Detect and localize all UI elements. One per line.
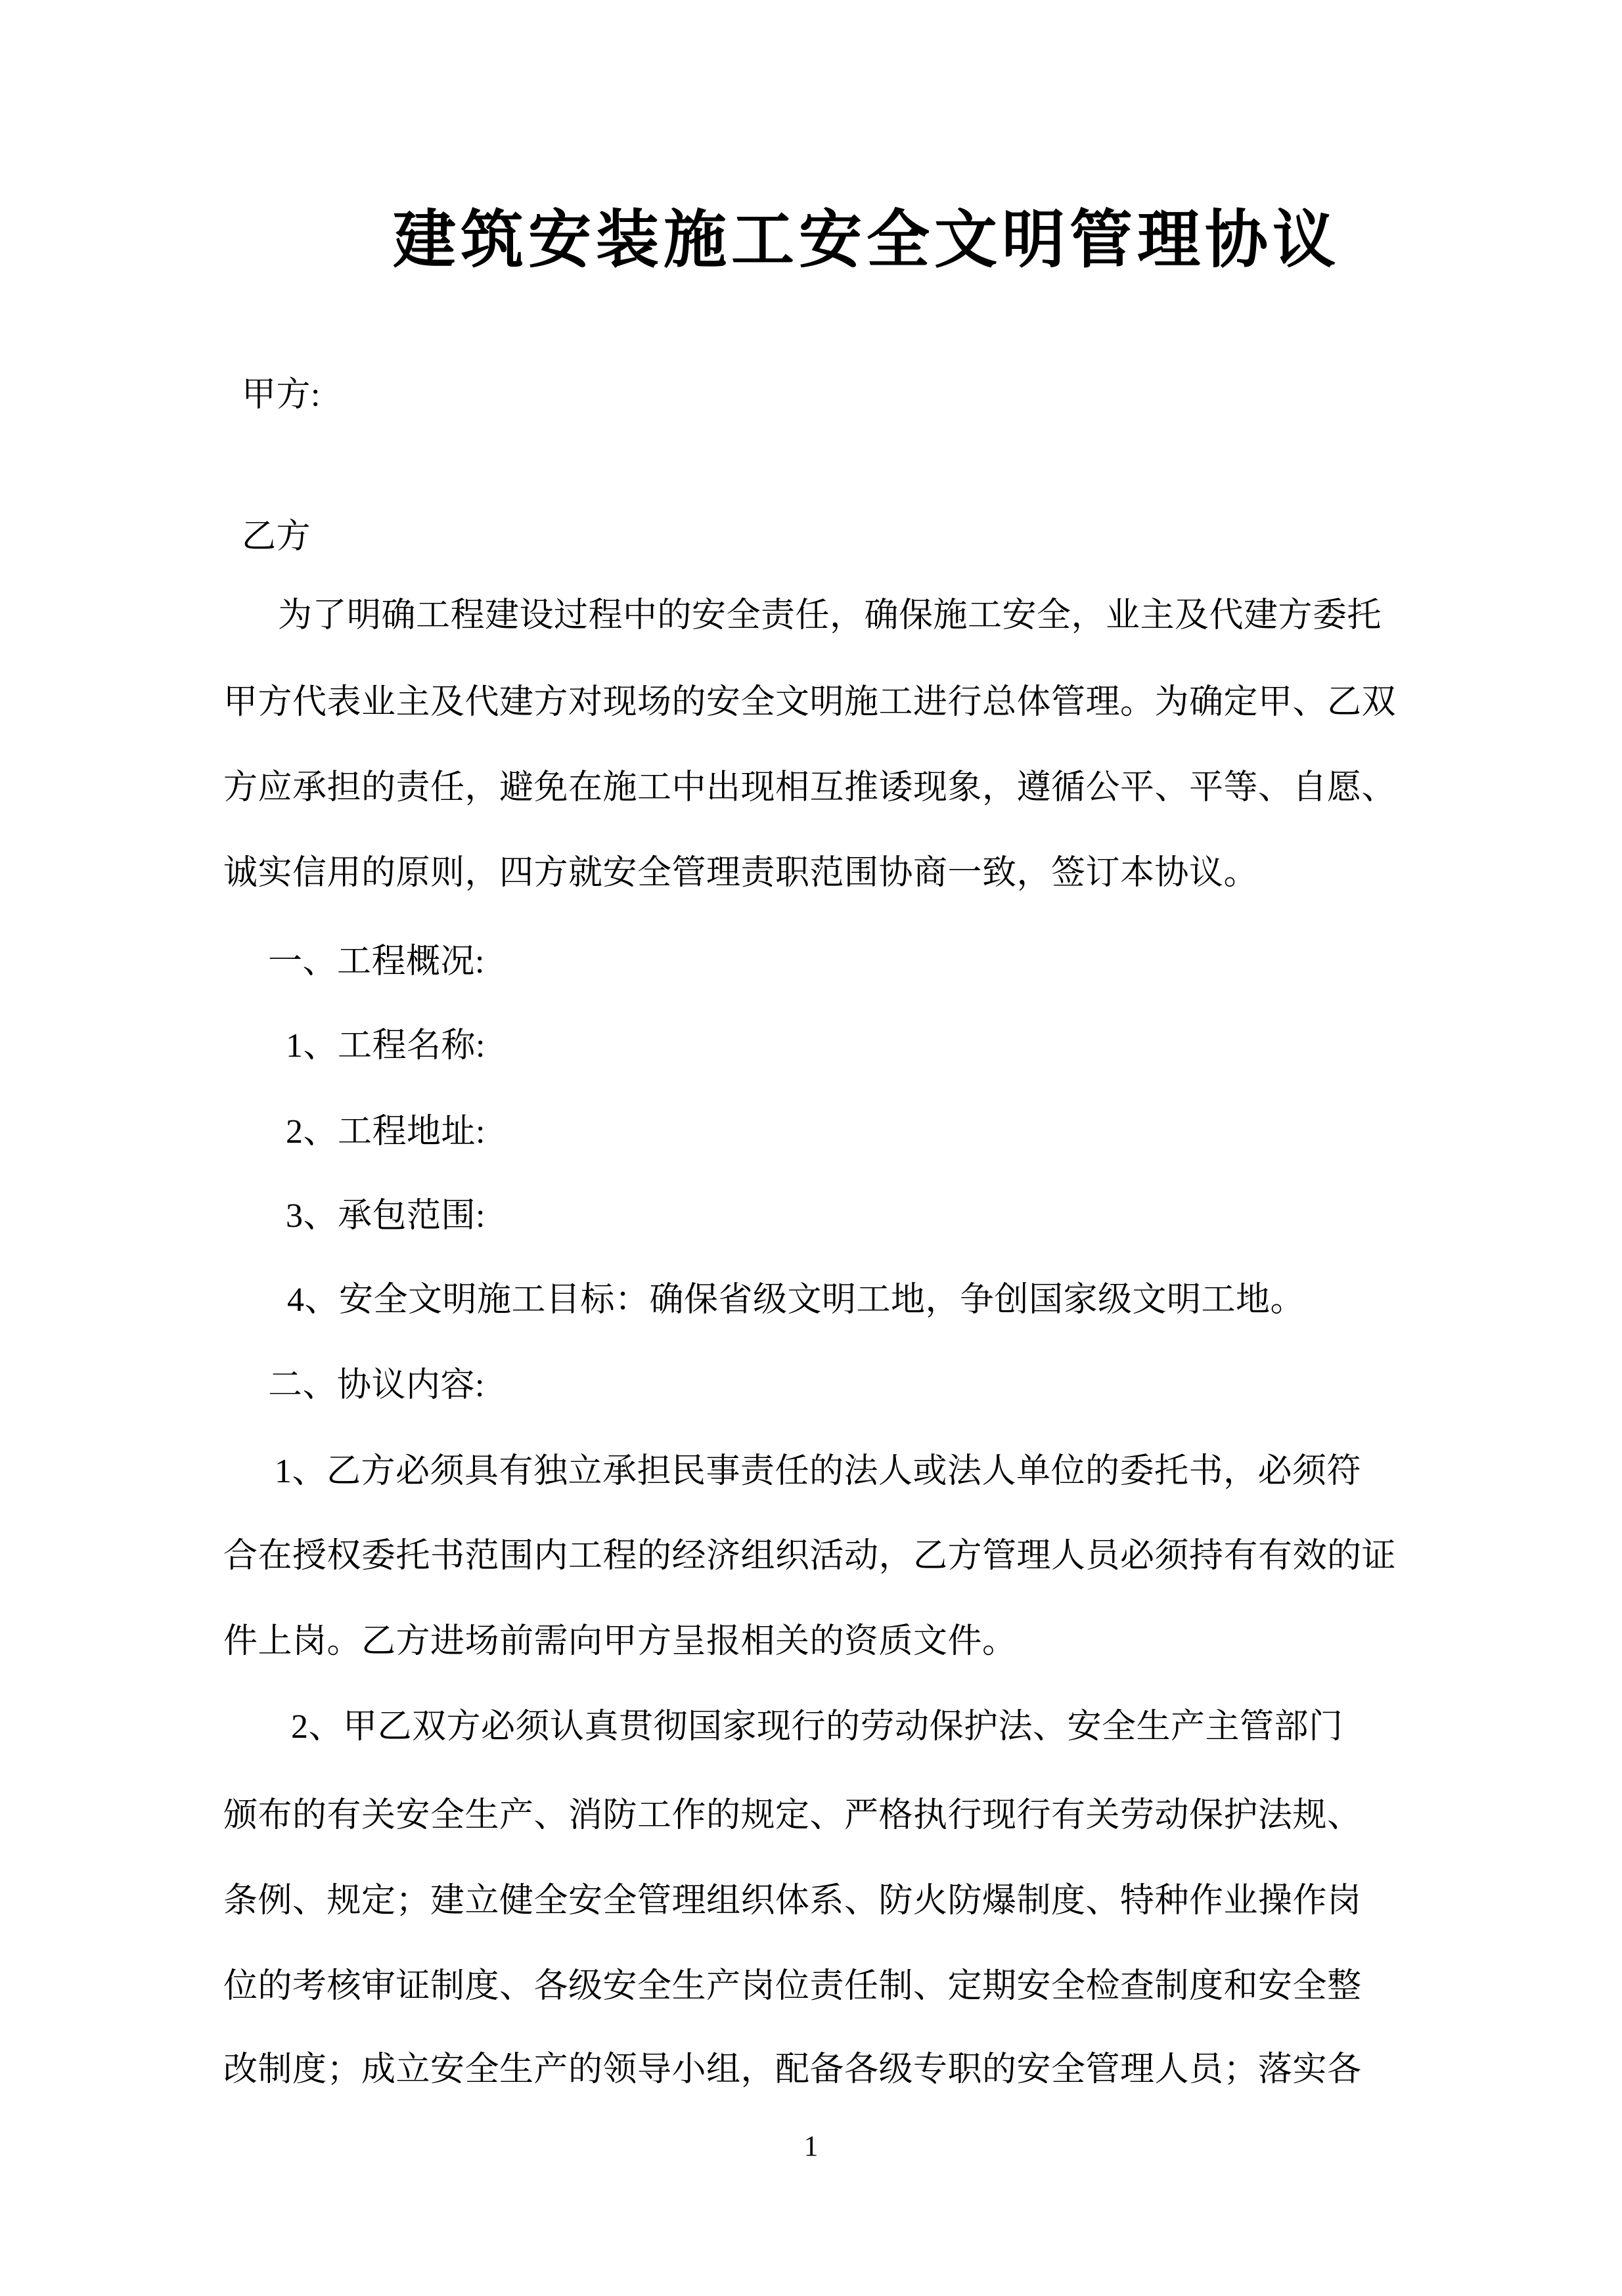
preamble-line: 方应承担的责任，避免在施工中出现相互推诿现象，遵循公平、平等、自愿、: [223, 768, 1396, 808]
clause-2-line: 位的考核审证制度、各级安全生产岗位责任制、定期安全检查制度和安全整: [223, 1967, 1362, 2006]
item-project-address: 2、工程地址:: [286, 1113, 485, 1152]
item-contract-scope: 3、承包范围:: [286, 1197, 485, 1236]
clause-2-line: 条例、规定；建立健全安全管理组织体系、防火防爆制度、特种作业操作岗: [223, 1882, 1362, 1921]
preamble-line: 诚实信用的原则，四方就安全管理责职范围协商一致，签订本协议。: [223, 854, 1258, 893]
section-heading-project-overview: 一、工程概况:: [268, 942, 485, 982]
preamble-line: 甲方代表业主及代建方对现场的安全文明施工进行总体管理。为确定甲、乙双: [223, 683, 1396, 722]
clause-1-line: 合在授权委托书范围内工程的经济组织活动，乙方管理人员必须持有有效的证: [223, 1537, 1396, 1576]
clause-1-line: 件上岗。乙方进场前需向甲方呈报相关的资质文件。: [223, 1622, 1017, 1662]
document-title: 建筑安装施工安全文明管理协议: [393, 209, 1340, 272]
document-page: 建筑安装施工安全文明管理协议 甲方: 乙方 为了明确工程建设过程中的安全责任，确…: [0, 0, 1622, 2296]
section-heading-agreement-content: 二、协议内容:: [268, 1366, 485, 1405]
clause-2-line: 改制度；成立安全生产的领导小组，配备各级专职的安全管理人员；落实各: [223, 2050, 1362, 2090]
clause-2-line: 颁布的有关安全生产、消防工作的规定、严格执行现行有关劳动保护法规、: [223, 1796, 1362, 1836]
party-a-label: 甲方:: [242, 376, 321, 415]
party-b-label: 乙方: [242, 518, 311, 557]
item-safety-target: 4、安全文明施工目标：确保省级文明工地，争创国家级文明工地。: [287, 1281, 1305, 1320]
clause-1-line: 1、乙方必须具有独立承担民事责任的法人或法人单位的委托书，必须符: [275, 1452, 1361, 1491]
item-project-name: 1、工程名称:: [286, 1027, 485, 1066]
page-number: 1: [0, 2132, 1622, 2161]
preamble-line: 为了明确工程建设过程中的安全责任，确保施工安全，业主及代建方委托: [278, 596, 1382, 636]
clause-2-line: 2、甲乙双方必须认真贯彻国家现行的劳动保护法、安全生产主管部门: [291, 1708, 1343, 1747]
